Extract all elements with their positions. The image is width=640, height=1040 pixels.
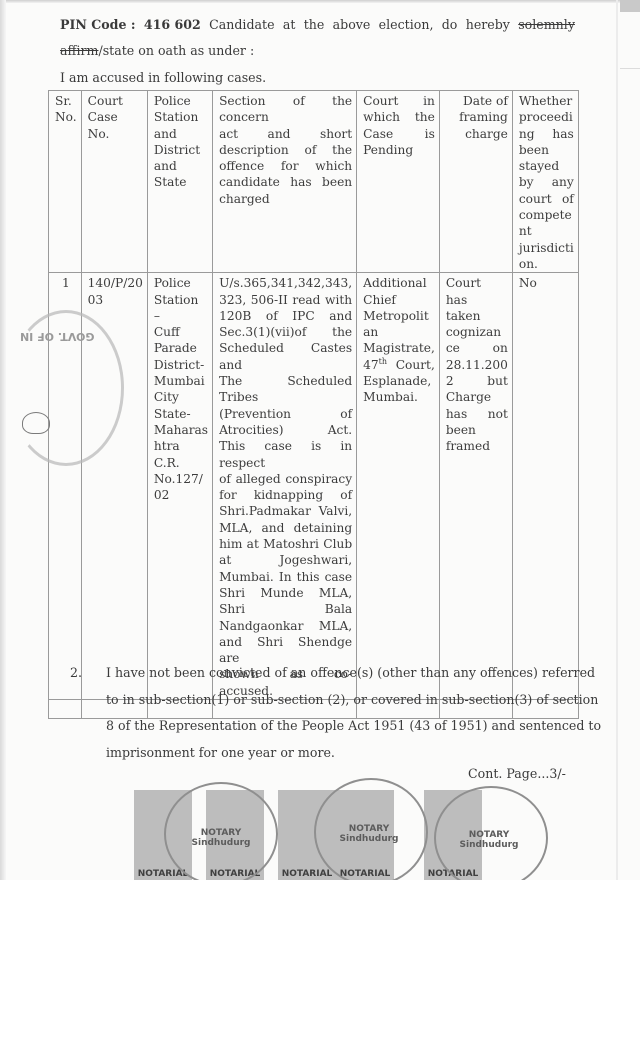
paragraph-line: to in sub-section(1) or sub-section (2),… — [106, 687, 594, 714]
cell-line: Pending — [363, 142, 435, 158]
intro-word: election, — [379, 17, 434, 32]
page-right-shadow — [616, 0, 618, 880]
cell-line: compete — [519, 207, 574, 223]
cell-line: C.R. — [154, 455, 208, 471]
notary-seal-text: NOTARY Sindhudurg — [334, 824, 404, 844]
cell-line: cognizan — [446, 324, 508, 340]
table-row: 1 140/P/2003 PoliceStation –CuffParadeDi… — [49, 273, 579, 700]
paragraph-line: I have not been convicted of an offence(… — [106, 660, 594, 687]
notary-seal-text: NOTARY Sindhudurg — [186, 828, 256, 848]
cell-court-pending: AdditionalChiefMetropolitanMagistrate,47… — [357, 273, 440, 700]
intro-word: Candidate — [209, 17, 274, 32]
cell-line: Whether — [519, 93, 574, 109]
intro-line-1: PIN Code : 416 602 Candidate at the abov… — [60, 17, 575, 32]
cell-line: Mumbai. — [363, 389, 435, 405]
cell-line: District — [154, 142, 208, 158]
cell-line: Scheduled Castes and — [219, 340, 352, 373]
seal-text-top: GOVT. OF IN — [20, 330, 94, 343]
cell-line: State- — [154, 406, 208, 422]
cell-date-framing: Courthastakencognizance on28.11.2002 but… — [439, 273, 512, 700]
cell-line: Charge — [446, 389, 508, 405]
header-stayed: Whetherproceeding hasbeenstayedby anycou… — [512, 91, 578, 273]
cell-line: Court — [88, 93, 143, 109]
cell-line: and — [154, 158, 208, 174]
cell-line: Case No. — [88, 109, 143, 142]
cell-line: on. — [519, 256, 574, 272]
cell-line: 28.11.200 — [446, 357, 508, 373]
cell-line: Court in — [363, 93, 435, 109]
cell-line: Nandgaonkar MLA, — [219, 618, 352, 634]
cell-line: 02 — [154, 487, 208, 503]
cell-line: Parade — [154, 340, 208, 356]
intro-word: hereby — [466, 17, 510, 32]
cell-line: act and short — [219, 126, 352, 142]
cell-line: City — [154, 389, 208, 405]
scan-edge-line — [620, 68, 640, 69]
notarial-stamps: NOTARIAL NOTARIAL NOTARIAL NOTARIAL NOTA… — [134, 790, 534, 880]
intro-line-3: I am accused in following cases. — [60, 70, 266, 85]
cell-line: been — [446, 422, 508, 438]
cell-line: for kidnapping of — [219, 487, 352, 503]
cell-line: nt — [519, 223, 574, 239]
cell-line: an — [363, 324, 435, 340]
cell-line: Station — [154, 109, 208, 125]
cell-line: jurisdicti — [519, 240, 574, 256]
cell-line: Shri.Padmakar Valvi, — [219, 503, 352, 519]
cell-line: No.127/ — [154, 471, 208, 487]
cell-line: 47th Court, — [363, 357, 435, 373]
cell-police-station: PoliceStation –CuffParadeDistrict-Mumbai… — [147, 273, 212, 700]
cell-line: taken — [446, 308, 508, 324]
cell-line: by any — [519, 174, 574, 190]
cell-line: framing — [446, 109, 508, 125]
cell-line: 2 but — [446, 373, 508, 389]
cell-line: 03 — [88, 292, 143, 308]
cell-line: has not — [446, 406, 508, 422]
cell-line: and — [154, 126, 208, 142]
pin-value: 416 602 — [144, 17, 201, 32]
stamp-label: NOTARIAL — [278, 869, 336, 879]
cell-line: Court — [446, 275, 508, 291]
pin-label: PIN Code : — [60, 17, 136, 32]
cell-section: U/s.365,341,342,343,323, 506-II read wit… — [213, 273, 357, 700]
cell-line: (Prevention of — [219, 406, 352, 422]
cell-line: court of — [519, 191, 574, 207]
cell-line: proceedi — [519, 109, 574, 125]
cell-line: Metropolit — [363, 308, 435, 324]
signature-mark — [22, 412, 50, 434]
cell-line: Esplanade, — [363, 373, 435, 389]
cell-line: htra — [154, 438, 208, 454]
struck-word-solemnly: solemnly — [518, 17, 575, 32]
cell-line: Mumbai — [154, 373, 208, 389]
cell-line: at Jogeshwari, — [219, 552, 352, 568]
struck-word-affirm: affirm — [60, 43, 98, 58]
cell-line: description of the — [219, 142, 352, 158]
cell-line: Sec.3(1)(vii)of the — [219, 324, 352, 340]
cell-line: 140/P/20 — [88, 275, 143, 291]
intro-line-2-rest: /state on oath as under : — [98, 43, 254, 58]
cell-line: Police — [154, 93, 208, 109]
paragraph-line: imprisonment for one year or more. — [106, 740, 594, 767]
paragraph-line: 8 of the Representation of the People Ac… — [106, 713, 594, 740]
cell-line: been — [519, 142, 574, 158]
scan-corner-mark — [620, 0, 640, 12]
intro-line-2: affirm/state on oath as under : — [60, 43, 254, 58]
cell-line: which the — [363, 109, 435, 125]
cell-line: candidate has been — [219, 174, 352, 190]
scanned-page: PIN Code : 416 602 Candidate at the abov… — [0, 0, 640, 880]
header-sr-no: Sr.No. — [49, 91, 82, 273]
intro-word: the — [304, 17, 325, 32]
cell-line: Cuff — [154, 324, 208, 340]
table-header-row: Sr.No. CourtCase No. PoliceStationandDis… — [49, 91, 579, 273]
cell-line: ce on — [446, 340, 508, 356]
paragraph-number: 2. — [70, 660, 82, 687]
cell-line: The Scheduled Tribes — [219, 373, 352, 406]
cell-stayed: No — [512, 273, 578, 700]
cell-line: 120B of IPC and — [219, 308, 352, 324]
cell-line: Sr. — [55, 93, 77, 109]
cell-line: Magistrate, — [363, 340, 435, 356]
continuation-note: Cont. Page...3/- — [468, 766, 566, 781]
cell-line: Station – — [154, 292, 208, 325]
cell-line: Police — [154, 275, 208, 291]
cases-table: Sr.No. CourtCase No. PoliceStationandDis… — [48, 90, 579, 719]
header-section: Section of the concernact and shortdescr… — [213, 91, 357, 273]
cell-line: Additional — [363, 275, 435, 291]
cell-line: State — [154, 174, 208, 190]
cell-line: This case is in respect — [219, 438, 352, 471]
header-police-station: PoliceStationandDistrictandState — [147, 91, 212, 273]
page-left-edge — [0, 0, 6, 880]
cell-line: has — [446, 292, 508, 308]
cell-line: of alleged conspiracy — [219, 471, 352, 487]
paragraph-text: I have not been convicted of an offence(… — [106, 660, 594, 766]
header-court-pending: Court inwhich theCase isPending — [357, 91, 440, 273]
cell-line: stayed — [519, 158, 574, 174]
cell-line: Section of the concern — [219, 93, 352, 126]
cell-line: Maharas — [154, 422, 208, 438]
empty-cell — [49, 699, 82, 718]
header-court-case-no: CourtCase No. — [81, 91, 147, 273]
cell-line: him at Matoshri Club — [219, 536, 352, 552]
cell-line: MLA, and detaining — [219, 520, 352, 536]
intro-word: at — [283, 17, 296, 32]
notary-seal-text: NOTARY Sindhudurg — [454, 830, 524, 850]
cell-line: Atrocities) Act. — [219, 422, 352, 438]
cell-line: charged — [219, 191, 352, 207]
cell-line: Mumbai. In this case — [219, 569, 352, 585]
cell-line: District- — [154, 357, 208, 373]
cell-line: 323, 506-II read with — [219, 292, 352, 308]
intro-word: above — [333, 17, 371, 32]
cell-line: Chief — [363, 292, 435, 308]
cell-line: No. — [55, 109, 77, 125]
cell-line: Shri Bala — [219, 601, 352, 617]
cell-line: Case is — [363, 126, 435, 142]
cell-line: U/s.365,341,342,343, — [219, 275, 352, 291]
cell-line: charge — [446, 126, 508, 142]
cell-line: Date of — [446, 93, 508, 109]
cell-line: framed — [446, 438, 508, 454]
page-top-edge — [0, 0, 640, 3]
intro-word: do — [442, 17, 458, 32]
cell-line: offence for which — [219, 158, 352, 174]
cell-line: Shri Munde MLA, — [219, 585, 352, 601]
header-date-framing: Date offramingcharge — [439, 91, 512, 273]
cell-line: ng has — [519, 126, 574, 142]
